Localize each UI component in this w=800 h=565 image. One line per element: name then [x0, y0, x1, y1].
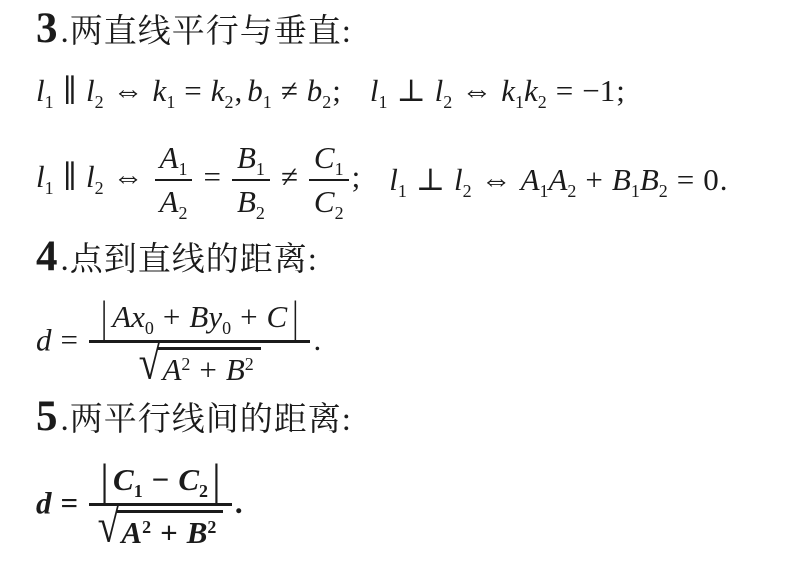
math-superscript: 2: [142, 517, 151, 537]
math-variable: d: [36, 485, 52, 520]
math-variable: C1: [113, 462, 143, 497]
math-operator: −: [152, 462, 170, 497]
abs-bar: |: [101, 291, 107, 343]
math-operator: ⊥: [397, 73, 426, 108]
formula-perpendicular-general: l1⊥l2⇔A1A2+B1B2=0.: [389, 162, 732, 198]
math-variable: k2: [211, 73, 234, 108]
math-subscript: 2: [538, 92, 547, 112]
slope-conditions-line: l1∥l2⇔k1=k2,b1≠b2; l1⊥l2⇔k1k2=−1;: [36, 60, 630, 122]
math-subscript: 2: [199, 481, 208, 501]
radical-sign-icon: √: [98, 503, 120, 551]
fraction-numerator: B1: [232, 140, 270, 181]
math-operator: =: [61, 485, 79, 520]
math-fraction: |C1−C2|√A2+B2: [89, 462, 232, 550]
math-variable: b2: [307, 73, 331, 108]
math-subscript: 1: [398, 181, 407, 201]
math-operator: +: [160, 515, 178, 550]
abs-bar: |: [213, 454, 220, 506]
radical-sign-icon: √: [139, 340, 161, 388]
math-operator: =: [184, 73, 201, 108]
math-variable: C2: [178, 462, 208, 497]
math-variable: b1: [247, 73, 271, 108]
math-variable: A2: [162, 352, 190, 387]
math-number: −1: [582, 73, 615, 108]
math-subscript: 2: [335, 203, 344, 223]
math-variable: B2: [187, 515, 217, 550]
math-variable: A2: [160, 184, 188, 219]
fraction-denominator: √A2+B2: [89, 506, 232, 551]
math-subscript: 1: [134, 481, 143, 501]
math-subscript: 1: [515, 92, 524, 112]
math-subscript: 1: [166, 92, 175, 112]
fraction-numerator: |Ax0+By0+C|: [89, 299, 310, 343]
formula-point-line-distance: d=|Ax0+By0+C|√A2+B2.: [36, 299, 326, 387]
math-operator: ⇔: [461, 73, 492, 108]
math-variable: x0: [131, 299, 154, 334]
math-variable: B: [189, 299, 208, 334]
math-subscript: 1: [335, 159, 344, 179]
math-subscript: 1: [178, 159, 187, 179]
math-superscript: 2: [181, 354, 190, 374]
math-variable: C2: [314, 184, 344, 219]
math-punctuation: ;: [616, 73, 625, 108]
math-variable: A1: [521, 162, 549, 197]
math-sqrt: √A2+B2: [98, 510, 224, 551]
math-operator: +: [199, 352, 216, 387]
math-fraction: C1C2: [309, 140, 349, 219]
math-punctuation: ,: [235, 73, 243, 108]
math-operator: ⊥: [416, 162, 445, 197]
math-operator: ⇔: [113, 159, 144, 194]
math-variable: A2: [121, 515, 151, 550]
abs-bar: |: [101, 454, 108, 506]
math-operator: ⇔: [113, 73, 144, 108]
math-variable: C1: [314, 140, 344, 175]
math-variable: A2: [548, 162, 576, 197]
math-variable: l2: [454, 162, 472, 197]
formula-parallel-lines-distance: d=|C1−C2|√A2+B2.: [36, 462, 248, 550]
math-subscript: 2: [567, 181, 576, 201]
math-operator: ⇔: [481, 162, 512, 197]
math-variable: B2: [640, 162, 668, 197]
section-3-title: .两直线平行与垂直:: [58, 14, 352, 50]
math-operator: ∥: [63, 73, 77, 108]
fraction-denominator: A2: [155, 181, 193, 220]
abs-bar: |: [292, 291, 298, 343]
general-conditions-line: l1∥l2⇔A1A2=B1B2≠C1C2; l1⊥l2⇔A1A2+B1B2=0.: [36, 130, 732, 230]
point-line-distance-row: d=|Ax0+By0+C|√A2+B2.: [36, 292, 326, 394]
math-subscript: 2: [95, 178, 104, 198]
math-variable: l2: [86, 159, 104, 194]
section-3-heading: 3.两直线平行与垂直:: [36, 4, 352, 53]
math-operator: =: [556, 73, 573, 108]
math-variable: l2: [435, 73, 453, 108]
math-operator: +: [240, 299, 257, 334]
math-operator: ∥: [63, 159, 77, 194]
section-3-number: 3: [36, 5, 58, 52]
math-superscript: 2: [245, 354, 254, 374]
fraction-numerator: C1: [309, 140, 349, 181]
math-variable: l1: [36, 73, 54, 108]
math-subscript: 1: [45, 92, 54, 112]
math-superscript: 2: [207, 517, 216, 537]
math-variable: l1: [36, 159, 54, 194]
math-subscript: 1: [45, 178, 54, 198]
math-variable: B1: [237, 140, 265, 175]
math-fraction: B1B2: [232, 140, 270, 219]
math-subscript: 2: [256, 203, 265, 223]
formula-perpendicular-slope: l1⊥l2⇔k1k2=−1;: [370, 73, 630, 109]
math-subscript: 2: [178, 203, 187, 223]
math-operator: ≠: [281, 73, 298, 108]
math-operator: ≠: [281, 159, 298, 194]
math-variable: C: [267, 299, 288, 334]
math-subscript: 2: [225, 92, 234, 112]
math-notes-page: 3.两直线平行与垂直: l1∥l2⇔k1=k2,b1≠b2; l1⊥l2⇔k1k…: [0, 0, 800, 565]
math-variable: l1: [370, 73, 388, 108]
math-variable: k1: [153, 73, 176, 108]
math-punctuation: .: [313, 322, 321, 357]
math-punctuation: .: [235, 485, 243, 520]
math-subscript: 0: [145, 318, 154, 338]
math-subscript: 1: [256, 159, 265, 179]
formula-parallel-general: l1∥l2⇔A1A2=B1B2≠C1C2;: [36, 140, 365, 219]
section-4-heading: 4.点到直线的距离:: [36, 232, 318, 281]
math-subscript: 1: [631, 181, 640, 201]
sqrt-radicand: A2+B2: [117, 510, 223, 551]
math-subscript: 2: [463, 181, 472, 201]
fraction-denominator: C2: [309, 181, 349, 220]
math-punctuation: .: [720, 162, 728, 197]
math-variable: k2: [524, 73, 547, 108]
math-subscript: 2: [443, 92, 452, 112]
fraction-denominator: B2: [232, 181, 270, 220]
fraction-denominator: √A2+B2: [89, 343, 310, 388]
math-number: 0: [703, 162, 719, 197]
section-5-title: .两平行线间的距离:: [58, 402, 352, 438]
math-variable: B2: [237, 184, 265, 219]
formula-parallel-slope: l1∥l2⇔k1=k2,b1≠b2;: [36, 73, 346, 109]
math-variable: l2: [86, 73, 104, 108]
math-variable: A1: [160, 140, 188, 175]
parallel-lines-distance-row: d=|C1−C2|√A2+B2.: [36, 452, 248, 560]
math-variable: B2: [226, 352, 254, 387]
math-variable: l1: [389, 162, 407, 197]
math-operator: =: [61, 322, 78, 357]
math-operator: +: [585, 162, 602, 197]
math-subscript: 2: [322, 92, 331, 112]
math-variable: A: [112, 299, 131, 334]
math-fraction: |Ax0+By0+C|√A2+B2: [89, 299, 310, 387]
math-operator: =: [203, 159, 220, 194]
math-sqrt: √A2+B2: [139, 347, 261, 388]
math-variable: B1: [612, 162, 640, 197]
math-fraction: A1A2: [155, 140, 193, 219]
math-subscript: 1: [263, 92, 272, 112]
section-5-number: 5: [36, 393, 58, 440]
math-operator: =: [677, 162, 694, 197]
math-variable: y0: [208, 299, 231, 334]
math-subscript: 2: [95, 92, 104, 112]
math-variable: d: [36, 322, 52, 357]
math-variable: k1: [501, 73, 524, 108]
math-operator: +: [163, 299, 180, 334]
math-subscript: 0: [222, 318, 231, 338]
section-4-title: .点到直线的距离:: [58, 242, 318, 278]
sqrt-radicand: A2+B2: [158, 347, 260, 388]
fraction-numerator: A1: [155, 140, 193, 181]
math-subscript: 2: [659, 181, 668, 201]
section-4-number: 4: [36, 233, 58, 280]
math-punctuation: ;: [332, 73, 341, 108]
section-5-heading: 5.两平行线间的距离:: [36, 392, 352, 441]
math-subscript: 1: [379, 92, 388, 112]
math-punctuation: ;: [352, 159, 361, 194]
